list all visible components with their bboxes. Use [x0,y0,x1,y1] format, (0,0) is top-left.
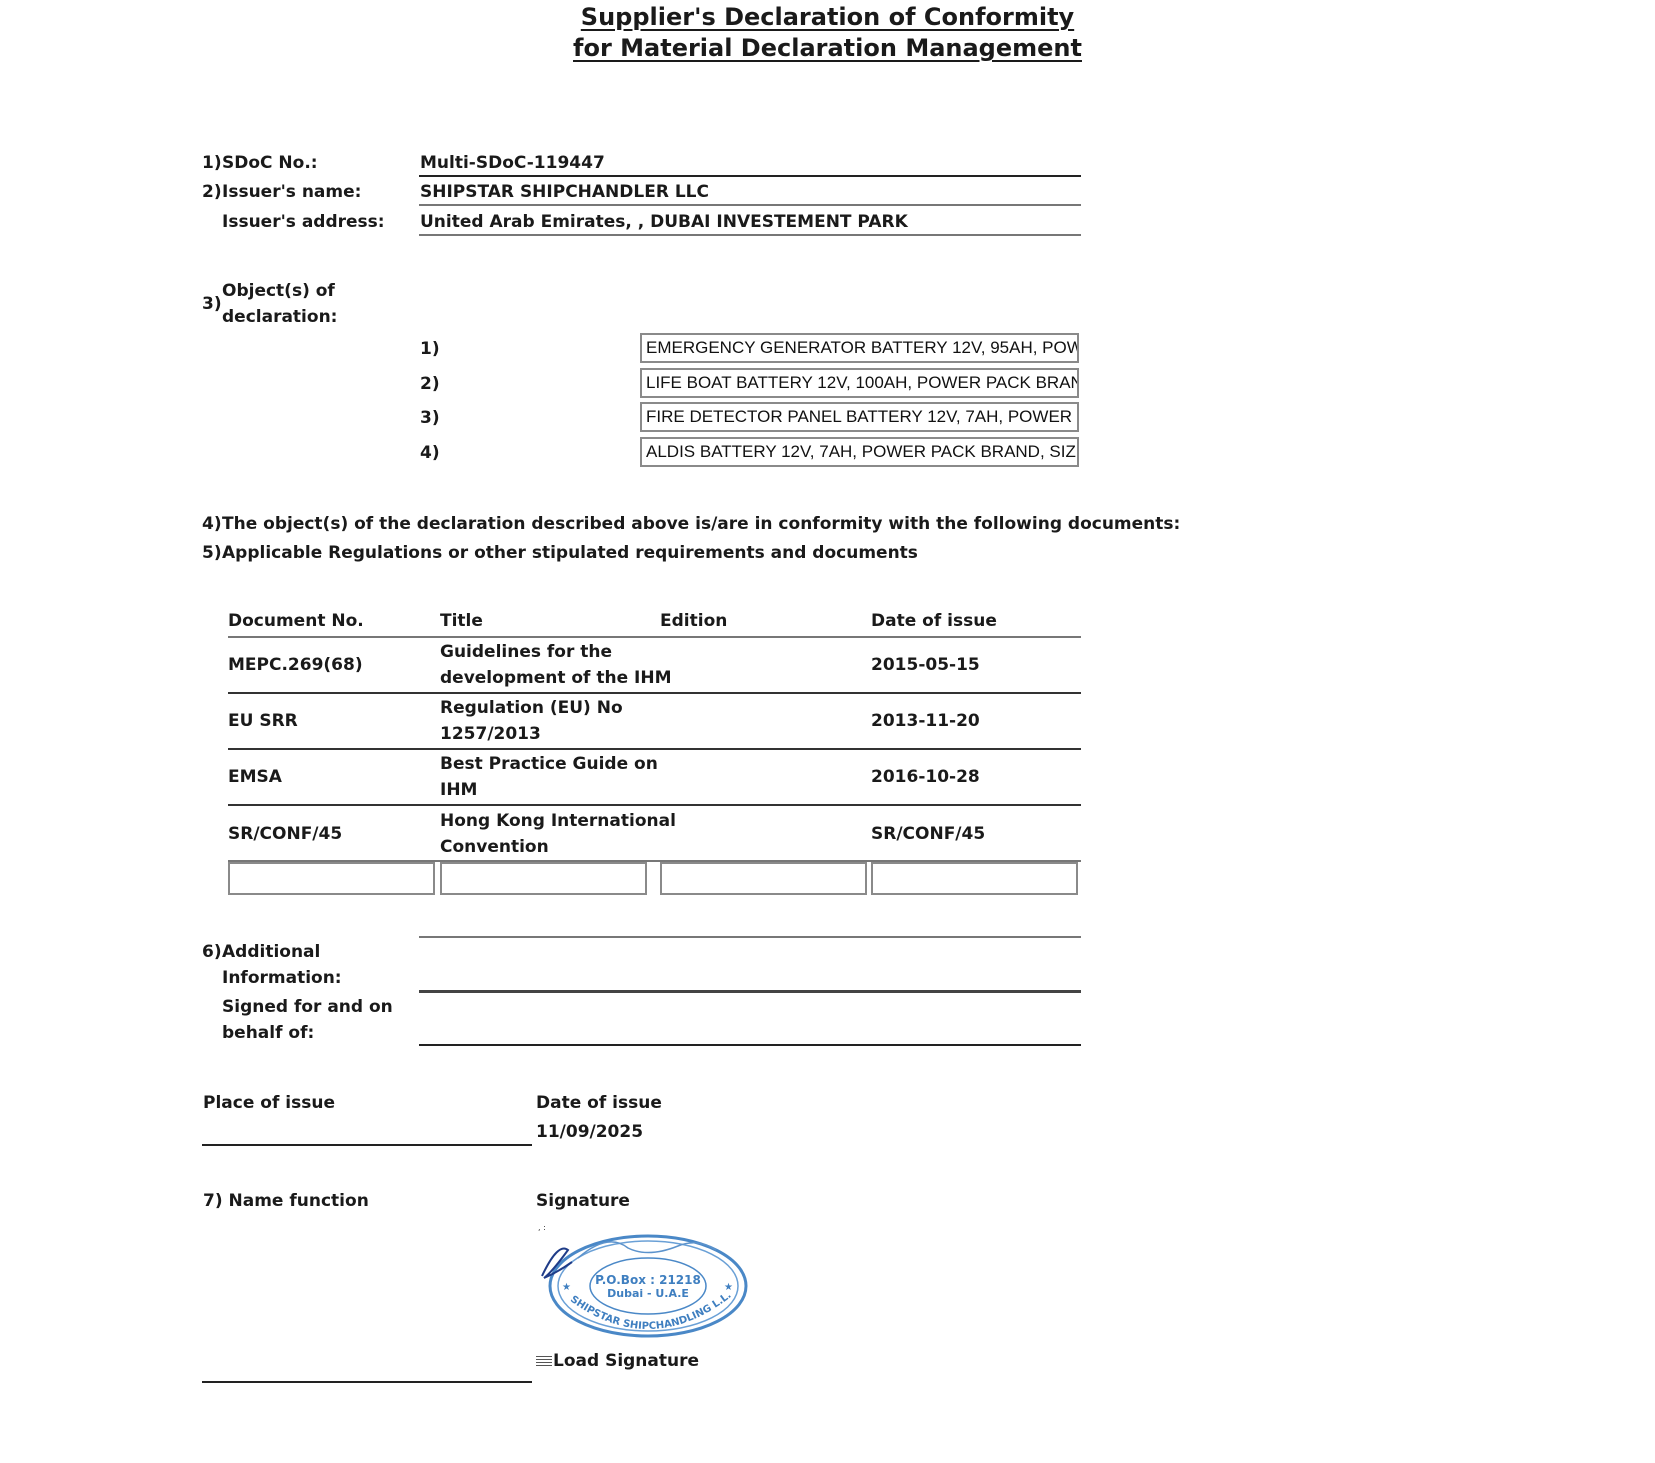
objects-label-line2: declaration: [222,306,337,328]
conformity-number: 4) [202,513,222,535]
issuer-address-field[interactable]: United Arab Emirates, , DUBAI INVESTEMEN… [420,211,908,233]
object-index-1: 1) [420,338,440,360]
load-signature-button[interactable]: Load Signature [536,1351,699,1371]
place-of-issue-underline [202,1144,532,1146]
row-divider [228,748,1081,750]
sdoc-no-label: SDoC No.: [222,152,318,174]
svg-text:★: ★ [562,1282,571,1293]
cell-title-line2: development of the IHM [440,665,672,691]
object-field-4[interactable]: ALDIS BATTERY 12V, 7AH, POWER PACK BRAND… [640,437,1079,467]
signature-label: Signature [536,1190,630,1212]
cell-document-no: MEPC.269(68) [228,652,363,678]
stamp-icon: , : P.O.Box : 21218 Dubai - U.A.E SHIPST… [538,1222,750,1342]
additional-info-top-line [419,936,1081,938]
additional-info-field[interactable] [419,940,1081,988]
signed-for-field[interactable] [419,994,1081,1042]
page-title-line2: for Material Declaration Management [0,33,1655,64]
cell-title-line1: Hong Kong International [440,808,676,834]
signed-for-label-line1: Signed for and on [222,996,393,1018]
menu-lines-icon [536,1356,552,1366]
new-date-input[interactable] [871,862,1078,895]
additional-info-number: 6) [202,941,222,963]
issuer-address-label: Issuer's address: [222,211,385,233]
table-header-divider [228,636,1081,638]
cell-document-no: EMSA [228,764,282,790]
place-of-issue-field[interactable] [203,1120,531,1142]
signed-for-label-line2: behalf of: [222,1022,314,1044]
object-field-2[interactable]: LIFE BOAT BATTERY 12V, 100AH, POWER PACK… [640,368,1079,398]
cell-date: SR/CONF/45 [871,821,985,847]
signed-for-underline [419,1044,1081,1046]
row-divider [228,692,1081,694]
object-field-3[interactable]: FIRE DETECTOR PANEL BATTERY 12V, 7AH, PO… [640,402,1079,432]
object-index-2: 2) [420,373,440,395]
cell-title-line2: 1257/2013 [440,721,541,747]
additional-info-label-line2: Information: [222,967,342,989]
sdoc-no-number: 1) [202,152,222,174]
date-of-issue-field[interactable]: 11/09/2025 [536,1121,643,1143]
new-title-input[interactable] [440,862,647,895]
header-document-no: Document No. [228,611,364,631]
header-title: Title [440,611,483,631]
issuer-name-label: Issuer's name: [222,181,361,203]
issuer-name-underline [419,204,1081,206]
place-of-issue-label: Place of issue [203,1092,335,1114]
header-edition: Edition [660,611,727,631]
object-index-3: 3) [420,407,440,429]
cell-date: 2016-10-28 [871,764,980,790]
issuer-name-field[interactable]: SHIPSTAR SHIPCHANDLER LLC [420,181,709,203]
svg-text:★: ★ [724,1282,733,1293]
cell-title-line2: Convention [440,834,549,860]
object-index-4: 4) [420,442,440,464]
cell-document-no: EU SRR [228,708,298,734]
stamp-line2: Dubai - U.A.E [607,1287,689,1300]
header-date-of-issue: Date of issue [871,611,997,631]
new-document-no-input[interactable] [228,862,435,895]
regulations-number: 5) [202,542,222,564]
name-function-label: 7) Name function [203,1190,369,1212]
cell-title-line2: IHM [440,777,477,803]
additional-info-label-line1: Additional [222,941,320,963]
load-signature-label: Load Signature [553,1351,699,1371]
sdoc-no-underline [419,175,1081,177]
company-stamp-signature-image: , : P.O.Box : 21218 Dubai - U.A.E SHIPST… [538,1222,750,1342]
objects-label-line1: Object(s) of [222,280,335,302]
object-field-1[interactable]: EMERGENCY GENERATOR BATTERY 12V, 95AH, P… [640,333,1079,363]
additional-info-underline [419,990,1081,993]
name-function-underline [202,1381,532,1383]
objects-number: 3) [202,293,222,315]
date-of-issue-label: Date of issue [536,1092,662,1114]
sdoc-no-field[interactable]: Multi-SDoC-119447 [420,152,605,174]
cell-title-line1: Guidelines for the [440,639,612,665]
issuer-address-underline [419,234,1081,236]
cell-title-line1: Best Practice Guide on [440,751,658,777]
cell-document-no: SR/CONF/45 [228,821,342,847]
stamp-line1: P.O.Box : 21218 [595,1273,701,1287]
conformity-text: The object(s) of the declaration describ… [222,513,1180,535]
cell-title-line1: Regulation (EU) No [440,695,623,721]
cell-date: 2015-05-15 [871,652,980,678]
new-edition-input[interactable] [660,862,867,895]
row-divider [228,804,1081,806]
issuer-name-number: 2) [202,181,222,203]
page-title-line1: Supplier's Declaration of Conformity [0,2,1655,33]
regulations-text: Applicable Regulations or other stipulat… [222,542,918,564]
cell-date: 2013-11-20 [871,708,980,734]
svg-text:, :: , : [538,1223,546,1232]
